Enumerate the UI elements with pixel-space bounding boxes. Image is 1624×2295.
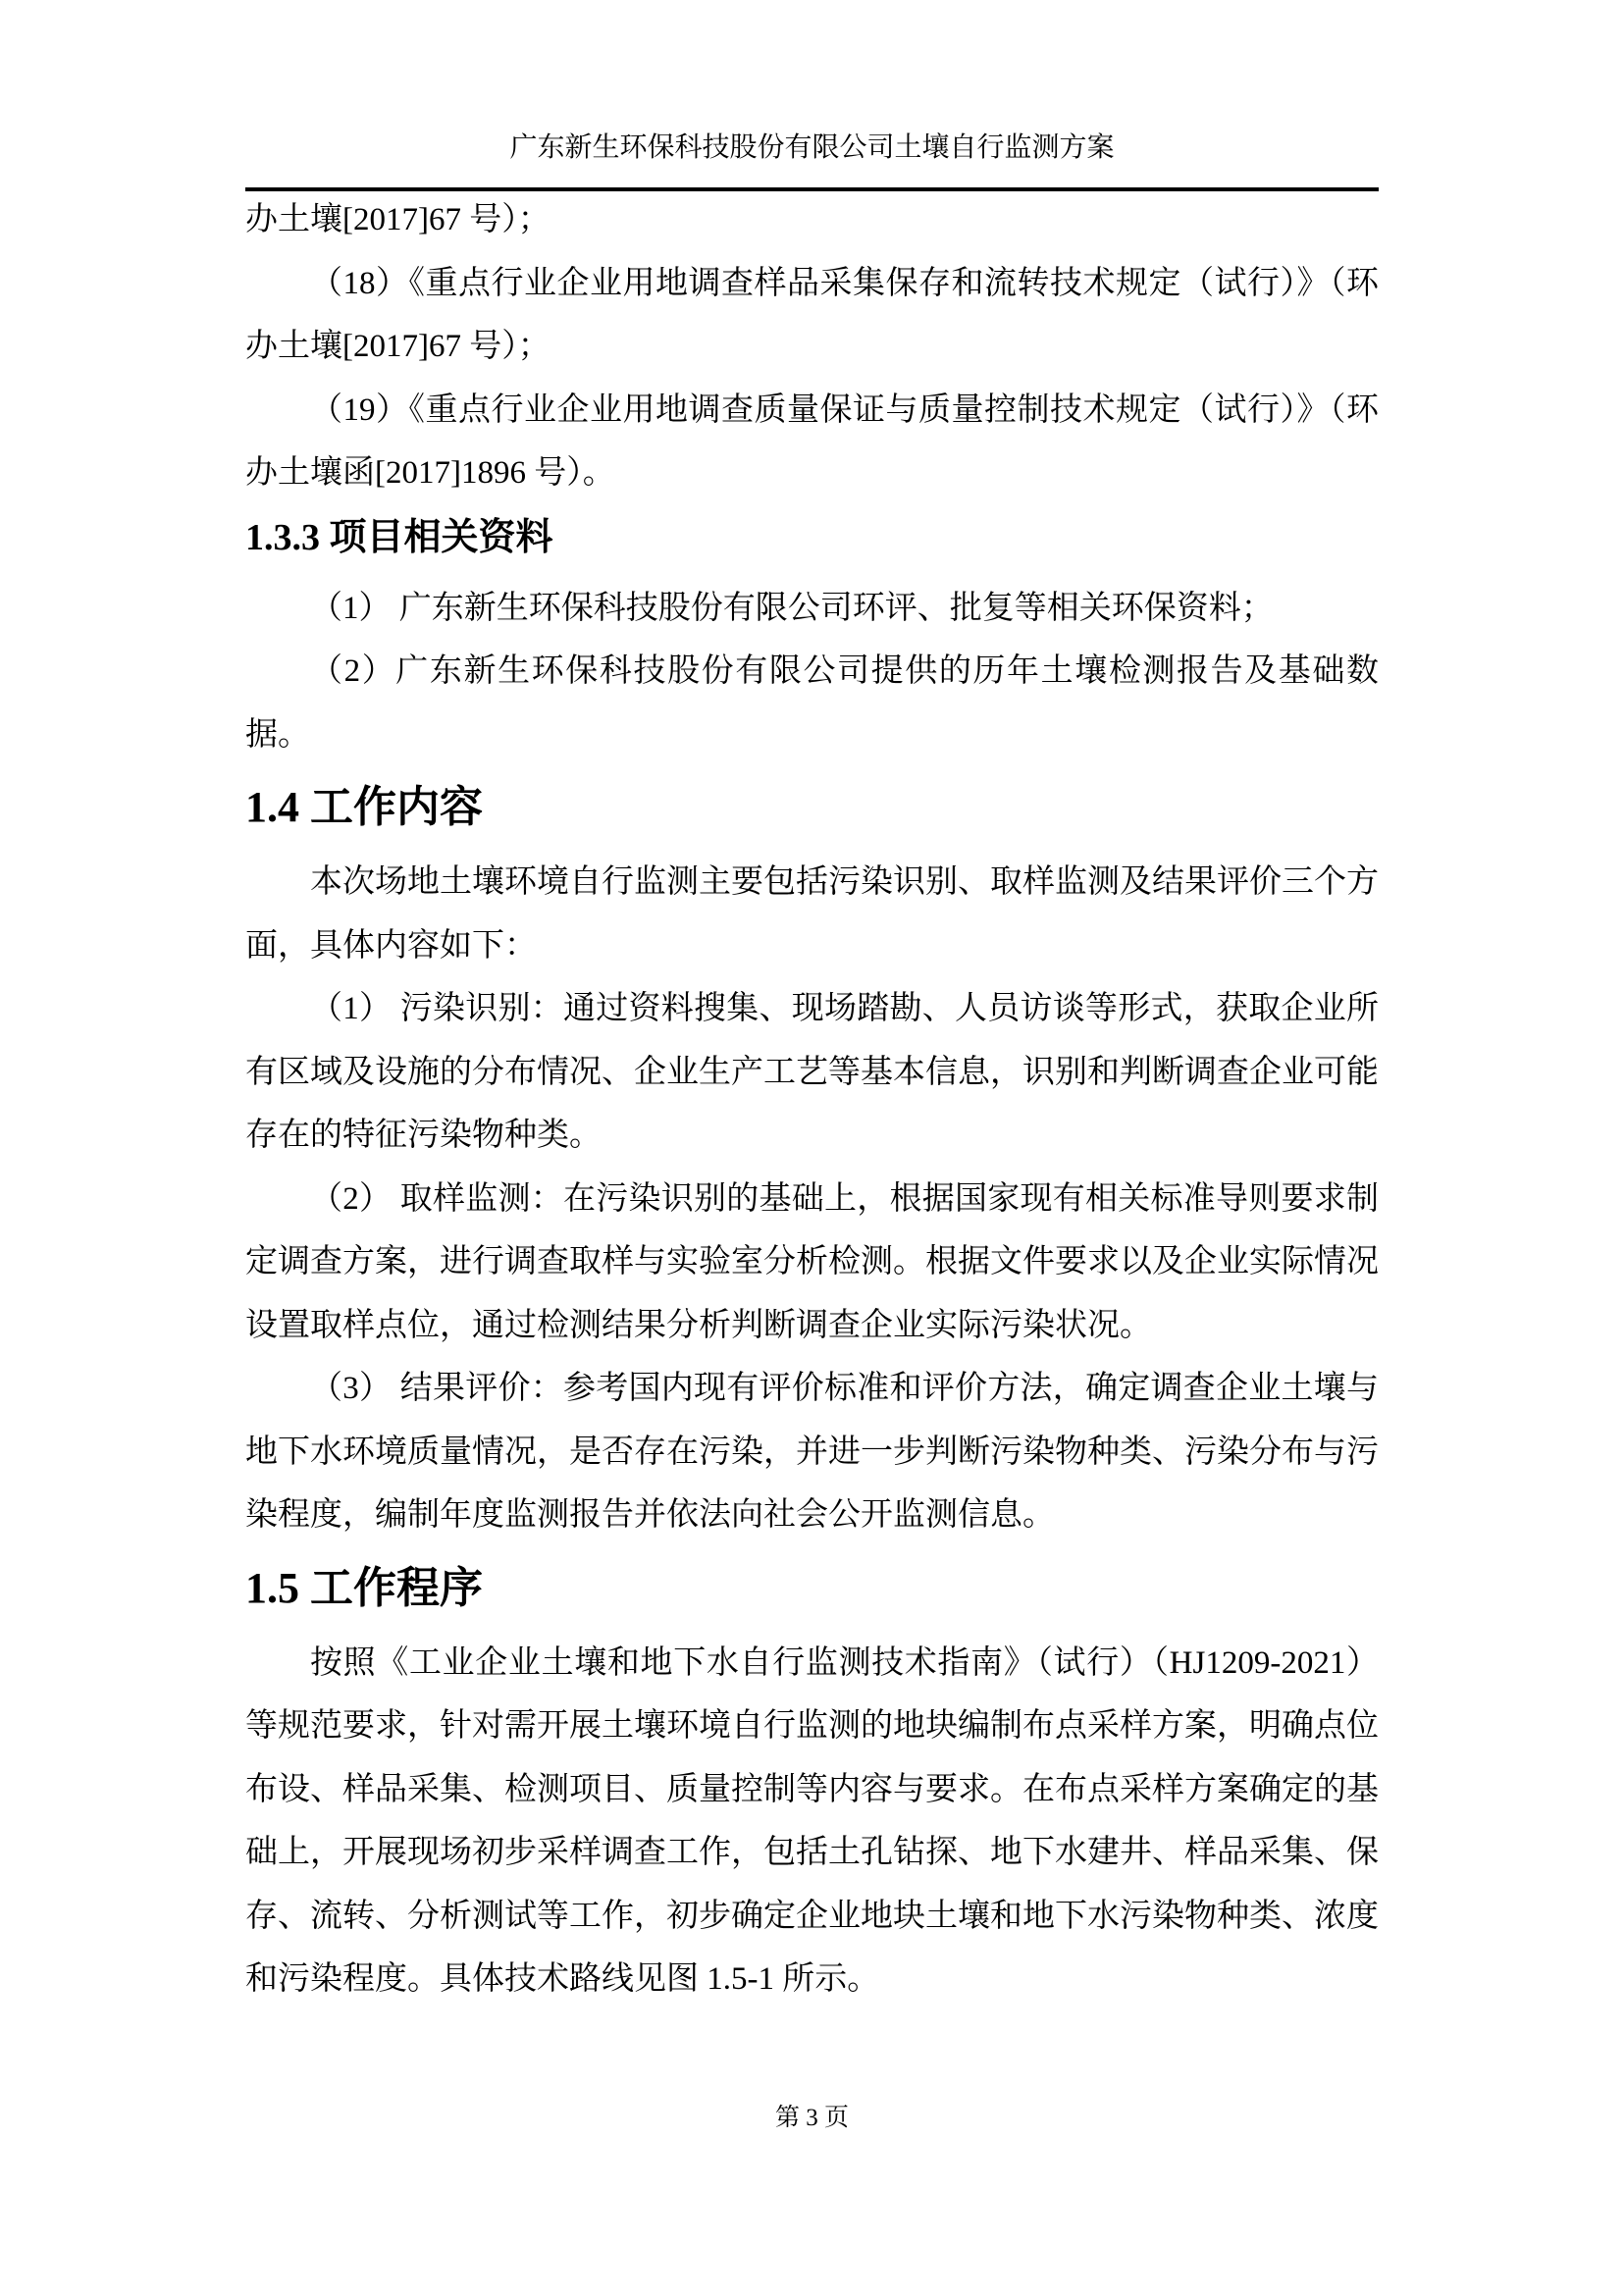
paragraph-result-evaluation: （3） 结果评价：参考国内现有评价标准和评价方法，确定调查企业土壤与地下水环境质… bbox=[245, 1357, 1379, 1547]
heading-1-5: 1.5 工作程序 bbox=[245, 1553, 1379, 1624]
heading-1-3-3: 1.3.3 项目相关资料 bbox=[245, 505, 1379, 570]
paragraph-reference-18: （18）《重点行业企业用地调查样品采集保存和流转技术规定（试行）》（环办土壤[2… bbox=[245, 252, 1379, 379]
paragraph-work-procedure: 按照《工业企业土壤和地下水自行监测技术指南》（试行）（HJ1209-2021）等… bbox=[245, 1632, 1379, 2011]
document-page: 广东新生环保科技股份有限公司土壤自行监测方案 办土壤[2017]67 号）； （… bbox=[0, 0, 1624, 2295]
page-body: 办土壤[2017]67 号）； （18）《重点行业企业用地调查样品采集保存和流转… bbox=[245, 188, 1379, 2011]
paragraph-material-2: （2）广东新生环保科技股份有限公司提供的历年土壤检测报告及基础数据。 bbox=[245, 640, 1379, 766]
heading-1-4: 1.4 工作内容 bbox=[245, 772, 1379, 843]
page-header-title: 广东新生环保科技股份有限公司土壤自行监测方案 bbox=[245, 131, 1379, 165]
paragraph-sampling-monitoring: （2） 取样监测：在污染识别的基础上，根据国家现有相关标准导则要求制定调查方案，… bbox=[245, 1168, 1379, 1358]
paragraph-material-1: （1） 广东新生环保科技股份有限公司环评、批复等相关环保资料； bbox=[245, 577, 1379, 641]
paragraph-pollution-identification: （1） 污染识别：通过资料搜集、现场踏勘、人员访谈等形式，获取企业所有区域及设施… bbox=[245, 977, 1379, 1168]
paragraph-reference-19: （19）《重点行业企业用地调查质量保证与质量控制技术规定（试行）》（环办土壤函[… bbox=[245, 379, 1379, 505]
page-number: 第 3 页 bbox=[245, 2104, 1379, 2133]
paragraph-work-content-intro: 本次场地土壤环境自行监测主要包括污染识别、取样监测及结果评价三个方面，具体内容如… bbox=[245, 851, 1379, 977]
paragraph-continuation: 办土壤[2017]67 号）； bbox=[245, 188, 1379, 252]
